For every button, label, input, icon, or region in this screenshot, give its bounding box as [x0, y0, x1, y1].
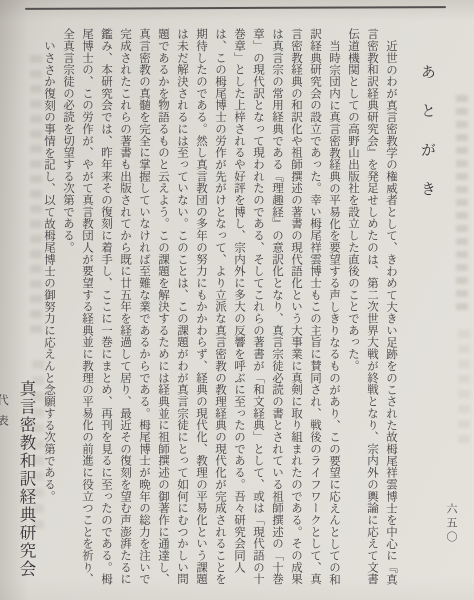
body-paragraph-2: 当時宗団内に真言密教経典の平易化を要望する声しきりなるものがあり、この要望に応え…: [58, 28, 343, 594]
body-paragraph-1: 近世のわが真言密教学の権威者として、きわめて大きい足跡をのこされた故栂尾祥雲博士…: [343, 28, 400, 594]
signature-representative: 代表所祥賢: [0, 28, 11, 594]
bleedthrough-marks: [456, 95, 468, 310]
signature-organization: 真言密教和訳経典研究会: [13, 28, 39, 594]
afterword-title: あとがき: [412, 28, 442, 594]
book-page: あとがき 近世のわが真言密教学の権威者として、きわめて大きい足跡をのこされた故栂…: [0, 0, 474, 600]
header-rule: [25, 6, 446, 10]
body-paragraph-3: いささか復刻の事情を記し、以て故栂尾博士の御努力に応えんと念願する次第である。: [39, 28, 58, 594]
afterword-text-block: あとがき 近世のわが真言密教学の権威者として、きわめて大きい足跡をのこされた故栂…: [24, 28, 446, 594]
representative-label: 代表: [0, 394, 8, 435]
bleedthrough-marks: [458, 330, 470, 450]
page-number: 六五〇: [443, 503, 459, 545]
